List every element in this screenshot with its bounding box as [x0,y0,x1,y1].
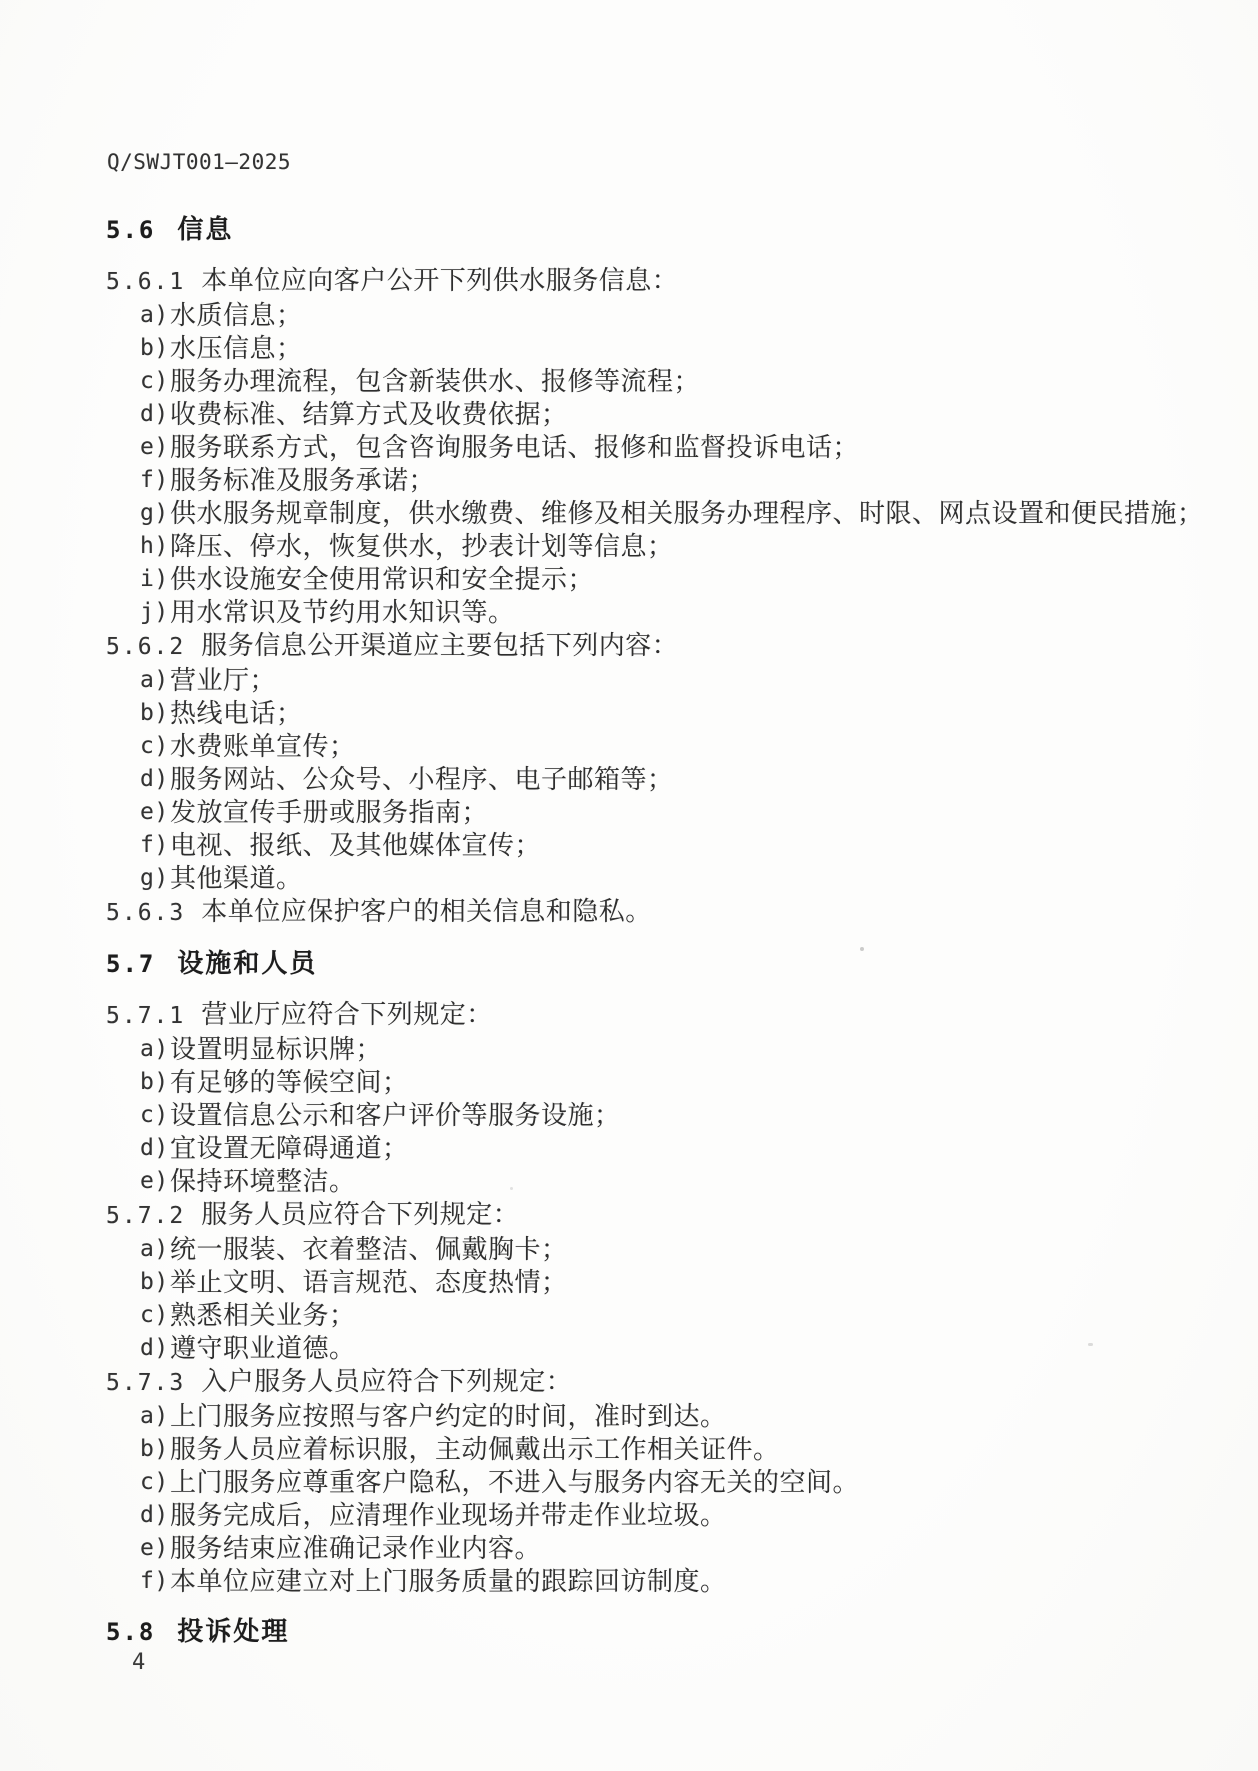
list-item-text: 服务结束应准确记录作业内容。 [170,1534,541,1563]
list-item-text: 服务网站、公众号、小程序、电子邮箱等； [170,765,674,794]
scan-speck [860,947,864,951]
clause-number: 5.7.1 [106,1003,185,1029]
list-item-letter: b) [140,697,169,730]
clause-paragraph: 5.7.3入户服务人员应符合下列规定： [106,1365,1196,1400]
list-item-letter: a) [140,1233,169,1266]
list-item: b)水压信息； [106,332,1196,365]
list-item-letter: d) [140,398,169,431]
clause-text: 服务人员应符合下列规定： [201,1200,519,1229]
clause-paragraph: 5.6.2服务信息公开渠道应主要包括下列内容： [106,629,1196,664]
scan-speck [510,1187,513,1190]
list-item: c)上门服务应尊重客户隐私，不进入与服务内容无关的空间。 [106,1466,1196,1499]
list-item: c)水费账单宣传； [106,730,1196,763]
list-item-letter: e) [140,1165,169,1198]
list-item-text: 供水服务规章制度，供水缴费、维修及相关服务办理程序、时限、网点设置和便民措施； [170,499,1204,528]
list-item: e)服务结束应准确记录作业内容。 [106,1532,1196,1565]
list-item-text: 供水设施安全使用常识和安全提示； [170,565,594,594]
list-item: d)服务网站、公众号、小程序、电子邮箱等； [106,763,1196,796]
list-item-text: 上门服务应按照与客户约定的时间，准时到达。 [170,1402,727,1431]
list-item-text: 遵守职业道德。 [170,1334,356,1363]
clause-number: 5.6.1 [106,269,185,295]
document-body: 5.6信息5.6.1本单位应向客户公开下列供水服务信息：a)水质信息；b)水压信… [106,196,1196,1666]
list-item: f)电视、报纸、及其他媒体宣传； [106,829,1196,862]
list-item: g)供水服务规章制度，供水缴费、维修及相关服务办理程序、时限、网点设置和便民措施… [106,497,1196,530]
list-item-text: 设置信息公示和客户评价等服务设施； [170,1101,621,1130]
list-item-letter: i) [140,563,169,596]
list-item-text: 设置明显标识牌； [170,1035,382,1064]
list-item: e)保持环境整洁。 [106,1165,1196,1198]
list-item-text: 用水常识及节约用水知识等。 [170,598,515,627]
list-item-text: 上门服务应尊重客户隐私，不进入与服务内容无关的空间。 [170,1468,859,1497]
list-item: a)统一服装、衣着整洁、佩戴胸卡； [106,1233,1196,1266]
list-item: c)熟悉相关业务； [106,1299,1196,1332]
list-item: b)热线电话； [106,697,1196,730]
list-item-text: 发放宣传手册或服务指南； [170,798,488,827]
section-title: 设施和人员 [177,948,317,978]
clause-text: 入户服务人员应符合下列规定： [201,1367,572,1396]
list-item-letter: a) [140,299,169,332]
section-heading: 5.8投诉处理 [106,1615,1196,1649]
clause-text: 本单位应保护客户的相关信息和隐私。 [201,897,652,926]
list-item-letter: b) [140,1066,169,1099]
list-item: e)发放宣传手册或服务指南； [106,796,1196,829]
list-item: f)服务标准及服务承诺； [106,464,1196,497]
list-item-letter: e) [140,1532,169,1565]
list-item: h)降压、停水，恢复供水，抄表计划等信息； [106,530,1196,563]
list-item-text: 宜设置无障碍通道； [170,1134,409,1163]
list-item-letter: a) [140,1033,169,1066]
list-item-letter: a) [140,664,169,697]
list-item-text: 举止文明、语言规范、态度热情； [170,1268,568,1297]
list-item: b)有足够的等候空间； [106,1066,1196,1099]
clause-number: 5.6.3 [106,900,185,926]
list-item-text: 水费账单宣传； [170,732,356,761]
clause-text: 服务信息公开渠道应主要包括下列内容： [201,631,678,660]
list-item-letter: h) [140,530,169,563]
page-number: 4 [132,1650,145,1675]
list-item-text: 服务办理流程，包含新装供水、报修等流程； [170,367,700,396]
list-item: d)收费标准、结算方式及收费依据； [106,398,1196,431]
section-heading: 5.6信息 [106,213,1196,247]
list-item-letter: c) [140,1299,169,1332]
list-item-letter: c) [140,1099,169,1132]
clause-number: 5.6.2 [106,634,185,660]
list-item: i)供水设施安全使用常识和安全提示； [106,563,1196,596]
section-number: 5.6 [106,216,155,244]
clause-number: 5.7.2 [106,1203,185,1229]
list-item-letter: e) [140,431,169,464]
scan-speck [1088,1343,1093,1346]
list-item-letter: f) [140,464,169,497]
list-item: e)服务联系方式，包含咨询服务电话、报修和监督投诉电话； [106,431,1196,464]
list-item-text: 水压信息； [170,334,303,363]
list-item: c)设置信息公示和客户评价等服务设施； [106,1099,1196,1132]
list-item-text: 收费标准、结算方式及收费依据； [170,400,568,429]
list-item: f)本单位应建立对上门服务质量的跟踪回访制度。 [106,1565,1196,1598]
list-item: b)举止文明、语言规范、态度热情； [106,1266,1196,1299]
list-item-text: 其他渠道。 [170,864,303,893]
list-item-letter: g) [140,862,169,895]
list-item: d)宜设置无障碍通道； [106,1132,1196,1165]
list-item: c)服务办理流程，包含新装供水、报修等流程； [106,365,1196,398]
list-item: a)水质信息； [106,299,1196,332]
list-item-letter: f) [140,829,169,862]
list-item-letter: j) [140,596,169,629]
clause-paragraph: 5.6.3本单位应保护客户的相关信息和隐私。 [106,895,1196,930]
list-item-letter: a) [140,1400,169,1433]
list-item-letter: d) [140,1332,169,1365]
list-item-letter: d) [140,763,169,796]
list-item-letter: g) [140,497,169,530]
list-item-text: 营业厅； [170,666,276,695]
list-item-text: 有足够的等候空间； [170,1068,409,1097]
list-item: a)营业厅； [106,664,1196,697]
list-item-letter: c) [140,365,169,398]
clause-paragraph: 5.6.1本单位应向客户公开下列供水服务信息： [106,264,1196,299]
list-item: j)用水常识及节约用水知识等。 [106,596,1196,629]
clause-paragraph: 5.7.1营业厅应符合下列规定： [106,998,1196,1033]
clause-text: 营业厅应符合下列规定： [201,1000,493,1029]
section-number: 5.7 [106,950,155,978]
list-item-letter: b) [140,1433,169,1466]
list-item-text: 服务完成后，应清理作业现场并带走作业垃圾。 [170,1501,727,1530]
list-item-text: 电视、报纸、及其他媒体宣传； [170,831,541,860]
document-page: Q/SWJT001—2025 5.6信息5.6.1本单位应向客户公开下列供水服务… [0,0,1258,1771]
clause-paragraph: 5.7.2服务人员应符合下列规定： [106,1198,1196,1233]
list-item-text: 水质信息； [170,301,303,330]
list-item-text: 服务联系方式，包含咨询服务电话、报修和监督投诉电话； [170,433,859,462]
list-item-text: 服务标准及服务承诺； [170,466,435,495]
section-heading: 5.7设施和人员 [106,947,1196,981]
list-item: d)遵守职业道德。 [106,1332,1196,1365]
list-item-text: 统一服装、衣着整洁、佩戴胸卡； [170,1235,568,1264]
list-item-letter: f) [140,1565,169,1598]
section-title: 投诉处理 [177,1616,289,1646]
section-number: 5.8 [106,1618,155,1646]
list-item-text: 降压、停水，恢复供水，抄表计划等信息； [170,532,674,561]
section-title: 信息 [177,214,233,244]
list-item-text: 服务人员应着标识服，主动佩戴出示工作相关证件。 [170,1435,780,1464]
clause-text: 本单位应向客户公开下列供水服务信息： [201,266,678,295]
list-item-text: 热线电话； [170,699,303,728]
clause-number: 5.7.3 [106,1370,185,1396]
list-item-letter: b) [140,332,169,365]
list-item-letter: b) [140,1266,169,1299]
list-item-letter: d) [140,1499,169,1532]
list-item-letter: c) [140,1466,169,1499]
list-item-letter: c) [140,730,169,763]
list-item: g)其他渠道。 [106,862,1196,895]
list-item-text: 熟悉相关业务； [170,1301,356,1330]
list-item-letter: e) [140,796,169,829]
list-item: d)服务完成后，应清理作业现场并带走作业垃圾。 [106,1499,1196,1532]
list-item: a)设置明显标识牌； [106,1033,1196,1066]
list-item-text: 本单位应建立对上门服务质量的跟踪回访制度。 [170,1567,727,1596]
list-item-text: 保持环境整洁。 [170,1167,356,1196]
list-item-letter: d) [140,1132,169,1165]
list-item: b)服务人员应着标识服，主动佩戴出示工作相关证件。 [106,1433,1196,1466]
list-item: a)上门服务应按照与客户约定的时间，准时到达。 [106,1400,1196,1433]
standard-code-header: Q/SWJT001—2025 [107,150,291,174]
